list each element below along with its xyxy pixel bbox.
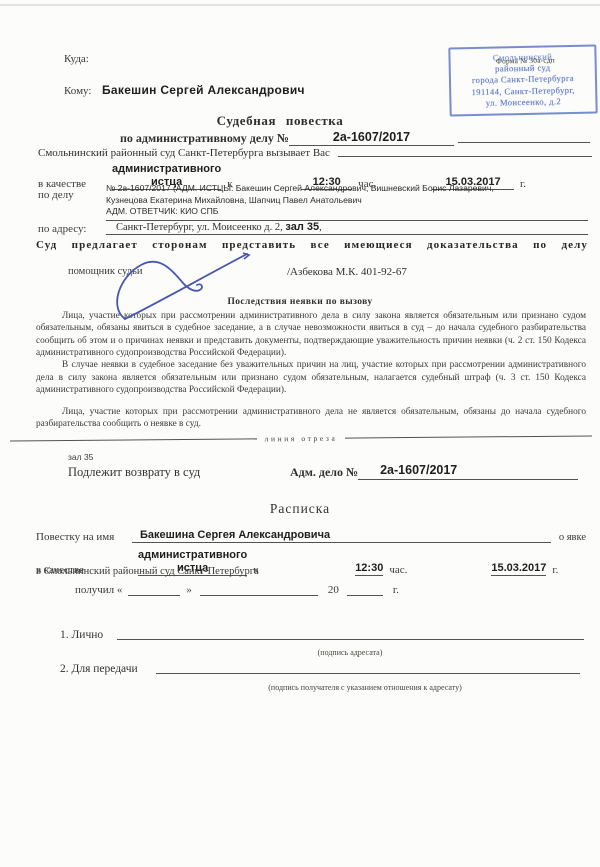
receipt-heading: Расписка: [0, 501, 600, 517]
consequences-paragraphs: Лица, участие которых при рассмотрении а…: [36, 310, 586, 430]
court-calls-line: Смольнинский районный суд Санкт-Петербур…: [38, 147, 592, 159]
receipt-name-value: Бакешина Сергея Александровича: [132, 529, 551, 543]
hall-note: зал 35: [68, 452, 93, 462]
hall-number: зал 35: [285, 221, 319, 233]
signature-stroke: [117, 262, 202, 319]
case-number-label: по административному делу №: [120, 131, 289, 146]
cut-line-right: [345, 435, 592, 438]
receipt-name-row: Повестку на имя Бакешина Сергея Александ…: [36, 529, 586, 543]
receipt-date-value: 15.03.2017: [491, 562, 546, 577]
received-row: получил « » 20 г.: [75, 583, 480, 596]
case-parties-line: № 2а-1607/2017 (АДМ. ИСТЦЫ: Бакешин Серг…: [106, 183, 588, 195]
case-label: по делу: [38, 183, 106, 201]
return-label: Подлежит возврату в суд: [68, 465, 290, 480]
return-row: Подлежит возврату в суд Адм. дело № 2а-1…: [68, 463, 578, 480]
receipt-name-label: Повестку на имя: [36, 531, 132, 543]
received-day-blank: [128, 583, 180, 596]
cut-line-label: линия отреза: [257, 434, 346, 444]
transfer-caption: (подпись получателя с указанием отношени…: [150, 683, 580, 692]
case-parties-line: Кузнецова Екатерина Михайловна, Шапчиц П…: [106, 195, 588, 207]
kuda-label: Куда:: [64, 53, 89, 65]
address-label: по адресу:: [38, 223, 106, 235]
court-calls-text: Смольнинский районный суд Санкт-Петербур…: [38, 147, 330, 159]
address-text: Санкт-Петербург, ул. Моисеенко д. 2,: [116, 222, 283, 233]
cut-line: линия отреза: [10, 431, 592, 445]
adm-case-number: 2а-1607/2017: [358, 463, 578, 480]
receipt-time-value: 12:30: [355, 562, 383, 577]
blank-line: [338, 156, 592, 157]
case-parties-line: АДМ. ОТВЕТЧИК: КИО СПБ: [106, 206, 588, 218]
document-subtitle: по административному делу № 2а-1607/2017: [120, 130, 590, 146]
transfer-label: 2. Для передачи: [60, 663, 138, 675]
case-row: по делу № 2а-1607/2017 (АДМ. ИСТЦЫ: Баке…: [38, 183, 588, 221]
received-year-suffix: г.: [393, 584, 399, 596]
scan-artifact-line: [0, 4, 600, 6]
consequences-paragraph: Лица, участие которых при рассмотрении а…: [36, 406, 586, 431]
case-number-value: 2а-1607/2017: [289, 130, 454, 146]
signature-ink: [103, 247, 253, 325]
signature-blank-line: [117, 639, 584, 640]
address-value: Санкт-Петербург, ул. Моисеенко д. 2, зал…: [106, 221, 588, 235]
receipt-court-line: в Смольнинский районный суд Санкт-Петерб…: [36, 566, 259, 577]
signature-blank-line: [156, 673, 580, 674]
received-close-quote: »: [186, 584, 192, 596]
komu-label: Кому:: [64, 85, 91, 97]
received-year-prefix: 20: [328, 584, 339, 596]
blank-line: [458, 142, 590, 143]
cut-line-left: [10, 438, 257, 441]
transfer-row: 2. Для передачи: [60, 663, 580, 675]
document-title: Судебная повестка: [0, 113, 560, 129]
receipt-hour-label: час.: [389, 564, 485, 576]
appearance-label: о явке: [559, 532, 586, 543]
received-month-blank: [200, 583, 318, 596]
consequences-heading: Последствия неявки по вызову: [0, 297, 600, 307]
received-year-blank: [347, 583, 383, 596]
recipient-name: Бакешин Сергей Александрович: [102, 83, 305, 97]
personally-row: 1. Лично: [60, 629, 584, 641]
receipt-year-label: г.: [552, 564, 600, 576]
form-number-note: Форма № 30а-сдп: [496, 55, 555, 65]
received-label: получил «: [75, 584, 122, 596]
adm-case-label: Адм. дело №: [290, 465, 358, 480]
personally-label: 1. Лично: [60, 629, 103, 641]
assistant-name-phone: /Азбекова М.К. 401-92-67: [287, 266, 407, 278]
court-summons-document: Куда: Кому: Бакешин Сергей Александрович…: [0, 0, 600, 867]
consequences-paragraph: В случае неявки в судебное заседание без…: [36, 359, 586, 396]
receipt-k-label: к: [253, 564, 349, 576]
address-row: по адресу: Санкт-Петербург, ул. Моисеенк…: [38, 221, 588, 235]
case-parties: № 2а-1607/2017 (АДМ. ИСТЦЫ: Бакешин Серг…: [106, 183, 588, 221]
address-tail: ,: [319, 222, 322, 233]
personally-caption: (подпись адресата): [115, 648, 585, 657]
